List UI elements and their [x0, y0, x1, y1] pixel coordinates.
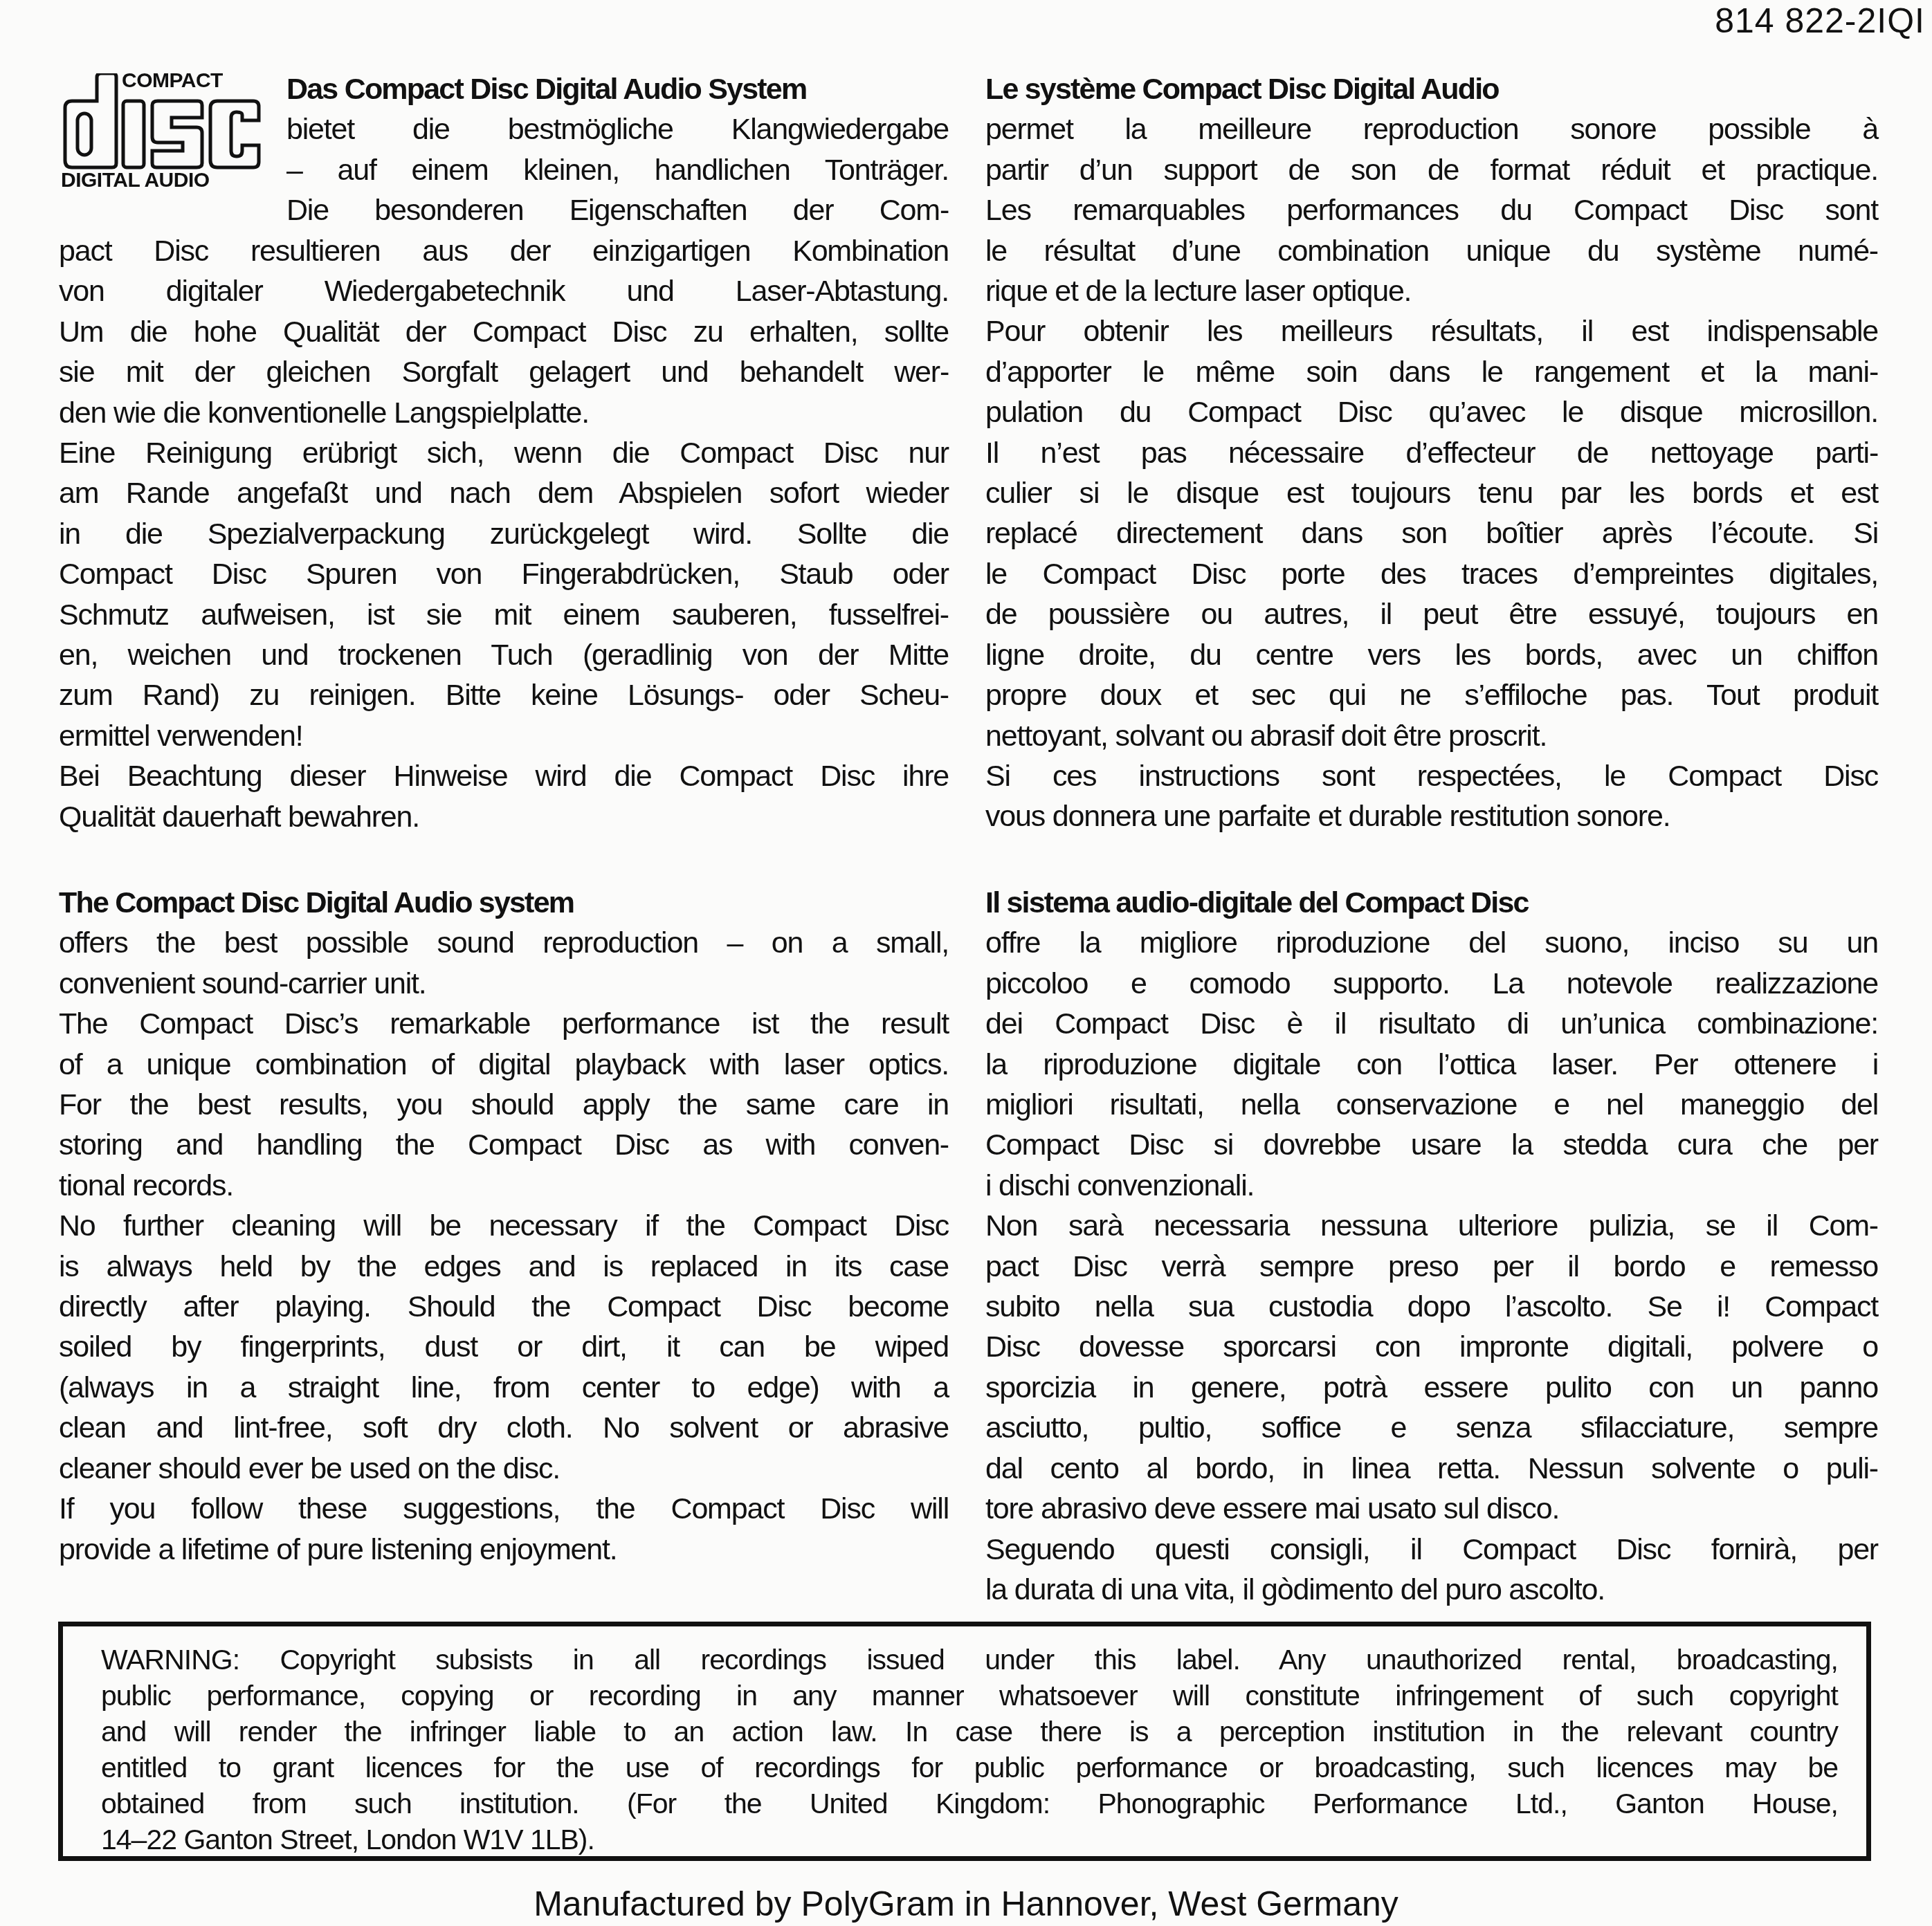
text-line: sporcizia in genere, potrà essere pulito…: [985, 1368, 1878, 1408]
text-line: d’apporter le même soin dans le rangemen…: [985, 352, 1878, 392]
text-line: Pour obtenir les meilleurs résultats, il…: [985, 311, 1878, 351]
text-line: en, weichen und trockenen Tuch (geradlin…: [59, 635, 949, 675]
text-line: is always held by the edges and is repla…: [59, 1247, 949, 1287]
text-line: partir d’un support de son de format réd…: [985, 150, 1878, 190]
warning-text: WARNING: Copyright subsists in all recor…: [101, 1642, 1866, 1858]
text-line: propre doux et sec qui ne s’effiloche pa…: [985, 675, 1878, 715]
german-intro-line: Die besonderen Eigenschaften der Com-: [286, 190, 949, 230]
compact-disc-logo: COMPACT DIGITAL AUDIO: [61, 69, 262, 192]
text-line: Schmutz aufweisen, ist sie mit einem sau…: [59, 595, 949, 635]
text-line: Non sarà necessaria nessuna ulteriore pu…: [985, 1206, 1878, 1246]
text-line: subito nella sua custodia dopo l’ascolto…: [985, 1287, 1878, 1327]
text-line: Il n’est pas nécessaire d’effecteur de n…: [985, 433, 1878, 473]
text-line: pact Disc verrà sempre preso per il bord…: [985, 1247, 1878, 1287]
text-line: Disc dovesse sporcarsi con impronte digi…: [985, 1327, 1878, 1367]
text-line: clean and lint-free, soft dry cloth. No …: [59, 1408, 949, 1448]
text-line: den wie die konventionelle Langspielplat…: [59, 393, 949, 433]
text-line: For the best results, you should apply t…: [59, 1085, 949, 1125]
text-line: public performance, copying or recording…: [101, 1678, 1838, 1714]
french-section: Le système Compact Disc Digital Audio pe…: [985, 69, 1878, 837]
german-intro-line: – auf einem kleinen, handlichen Tonträge…: [286, 150, 949, 190]
text-line: le résultat d’une combination unique du …: [985, 231, 1878, 271]
text-line: la durata di una vita, il gòdimento del …: [985, 1570, 1878, 1610]
text-line: rique et de la lecture laser optique.: [985, 271, 1878, 311]
text-line: dal cento al bordo, in linea retta. Ness…: [985, 1449, 1878, 1489]
text-line: tore abrasivo deve essere mai usato sul …: [985, 1489, 1878, 1529]
catalog-number: 814 822-2IQI: [1715, 0, 1925, 42]
text-line: directly after playing. Should the Compa…: [59, 1287, 949, 1327]
text-line: ermittel verwenden!: [59, 716, 949, 756]
text-line: i dischi convenzionali.: [985, 1166, 1878, 1206]
text-line: Compact Disc si dovrebbe usare la stedda…: [985, 1125, 1878, 1165]
english-body: offers the best possible sound reproduct…: [59, 923, 949, 1570]
text-line: Si ces instructions sont respectées, le …: [985, 756, 1878, 796]
text-line: migliori risultati, nella conservazione …: [985, 1085, 1878, 1125]
text-line: sie mit der gleichen Sorgfalt gelagert u…: [59, 352, 949, 392]
text-line: WARNING: Copyright subsists in all recor…: [101, 1642, 1838, 1678]
english-section: The Compact Disc Digital Audio system of…: [59, 883, 949, 1570]
logo-digital-audio-text: DIGITAL AUDIO: [61, 169, 210, 192]
text-line: Les remarquables performances du Compact…: [985, 190, 1878, 230]
french-body: permet la meilleure reproduction sonore …: [985, 109, 1878, 836]
german-intro-line: bietet die bestmögliche Klangwiedergabe: [286, 109, 949, 149]
text-line: piccoloo e comodo supporto. La notevole …: [985, 964, 1878, 1004]
text-line: Compact Disc Spuren von Fingerabdrücken,…: [59, 554, 949, 594]
text-line: and will render the infringer liable to …: [101, 1714, 1838, 1750]
text-line: dei Compact Disc è il risultato di un’un…: [985, 1004, 1878, 1044]
text-line: obtained from such institution. (For the…: [101, 1786, 1838, 1822]
text-line: No further cleaning will be necessary if…: [59, 1206, 949, 1246]
german-heading: Das Compact Disc Digital Audio System: [286, 69, 949, 109]
text-line: le Compact Disc porte des traces d’empre…: [985, 554, 1878, 594]
text-line: entitled to grant licences for the use o…: [101, 1750, 1838, 1786]
italian-body: offre la migliore riproduzione del suono…: [985, 923, 1878, 1610]
text-line: tional records.: [59, 1166, 949, 1206]
disc-logo-icon: [61, 73, 262, 170]
german-section-intro: Das Compact Disc Digital Audio System bi…: [286, 69, 949, 231]
text-line: pulation du Compact Disc qu’avec le disq…: [985, 392, 1878, 432]
italian-section: Il sistema audio-digitale del Compact Di…: [985, 883, 1878, 1610]
manufacturer-footer: Manufactured by PolyGram in Hannover, We…: [0, 1883, 1932, 1925]
text-line: Eine Reinigung erübrigt sich, wenn die C…: [59, 433, 949, 473]
text-line: de poussière ou autres, il peut être ess…: [985, 594, 1878, 634]
text-line: (always in a straight line, from center …: [59, 1368, 949, 1408]
english-heading: The Compact Disc Digital Audio system: [59, 883, 949, 923]
text-line: am Rande angefaßt und nach dem Abspielen…: [59, 473, 949, 513]
copyright-warning-box: WARNING: Copyright subsists in all recor…: [58, 1622, 1871, 1861]
text-line: replacé directement dans son boîtier apr…: [985, 513, 1878, 553]
text-line: ligne droite, du centre vers les bords, …: [985, 635, 1878, 675]
text-line: convenient sound-carrier unit.: [59, 964, 949, 1004]
text-line: permet la meilleure reproduction sonore …: [985, 109, 1878, 149]
text-line: Seguendo questi consigli, il Compact Dis…: [985, 1530, 1878, 1570]
text-line: in die Spezialverpackung zurückgelegt wi…: [59, 514, 949, 554]
text-line: Qualität dauerhaft bewahren.: [59, 797, 949, 837]
text-line: If you follow these suggestions, the Com…: [59, 1489, 949, 1529]
text-line: vous donnera une parfaite et durable res…: [985, 796, 1878, 836]
text-line: offers the best possible sound reproduct…: [59, 923, 949, 963]
text-line: provide a lifetime of pure listening enj…: [59, 1530, 949, 1570]
text-line: zum Rand) zu reinigen. Bitte keine Lösun…: [59, 675, 949, 715]
text-line: storing and handling the Compact Disc as…: [59, 1125, 949, 1165]
text-line: asciutto, pultio, soffice e senza sfilac…: [985, 1408, 1878, 1448]
text-line: soiled by fingerprints, dust or dirt, it…: [59, 1327, 949, 1367]
italian-heading: Il sistema audio-digitale del Compact Di…: [985, 883, 1878, 923]
text-line: pact Disc resultieren aus der einzigarti…: [59, 231, 949, 271]
text-line: nettoyant, solvant ou abrasif doit être …: [985, 716, 1878, 756]
text-line: culier si le disque est toujours tenu pa…: [985, 473, 1878, 513]
text-line: The Compact Disc’s remarkable performanc…: [59, 1004, 949, 1044]
text-line: von digitaler Wiedergabetechnik und Lase…: [59, 271, 949, 311]
text-line: offre la migliore riproduzione del suono…: [985, 923, 1878, 963]
text-line: Um die hohe Qualität der Compact Disc zu…: [59, 312, 949, 352]
text-line: cleaner should ever be used on the disc.: [59, 1449, 949, 1489]
text-line: la riproduzione digitale con l’ottica la…: [985, 1045, 1878, 1085]
text-line: 14–22 Ganton Street, London W1V 1LB).: [101, 1822, 1838, 1858]
text-line: Bei Beachtung dieser Hinweise wird die C…: [59, 756, 949, 796]
text-line: of a unique combination of digital playb…: [59, 1045, 949, 1085]
french-heading: Le système Compact Disc Digital Audio: [985, 69, 1878, 109]
german-section-body: pact Disc resultieren aus der einzigarti…: [59, 231, 949, 837]
